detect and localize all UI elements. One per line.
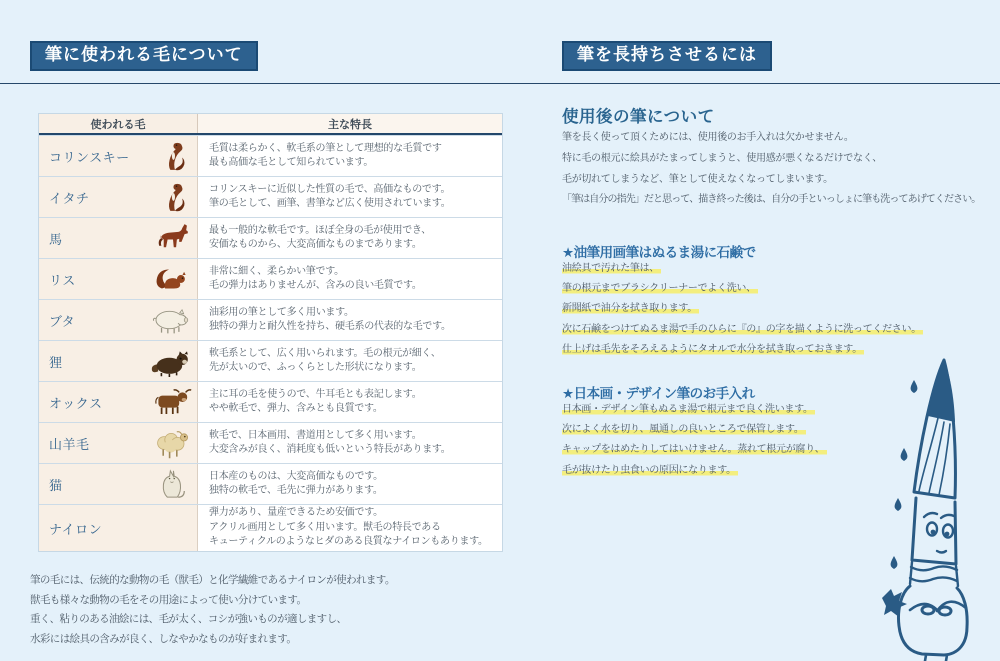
nihonga-brush-heading: ★日本画・デザイン筆のお手入れ (562, 382, 755, 402)
feature-line: 毛質は柔らかく、軟毛系の筆として理想的な毛質です (209, 142, 498, 157)
feature-line: 日本産のものは、大変高価なものです。 (209, 470, 498, 485)
cat-icon (158, 467, 192, 501)
hair-name: 山羊毛 (49, 434, 90, 453)
brush-care-leaflet: 筆に使われる毛について 筆を長持ちさせるには 使われる毛 主な特長 コリンスキー… (0, 0, 1000, 661)
left-page-title: 筆に使われる毛について (30, 41, 258, 71)
highlighted-step: 日本画・デザイン筆もぬるま湯で根元まで良く洗います。 (562, 404, 815, 415)
table-row: イタチ コリンスキーに近似した性質の毛で、高価なものです。 筆の毛として、画筆、… (39, 176, 502, 217)
highlighted-step: 次によく水を切り、風通しの良いところで保管します。 (562, 424, 806, 435)
hair-types-table: 使われる毛 主な特長 コリンスキー 毛質は柔らかく、軟毛系の筆として理想的な毛質… (38, 113, 503, 552)
feature-line: アクリル画用として多く用います。獣毛の特長である (209, 521, 498, 536)
feature-line: 最も一般的な軟毛です。ほぼ全身の毛が使用でき、 (209, 224, 498, 239)
nihonga-brush-steps: 日本画・デザイン筆もぬるま湯で根元まで良く洗います。 次によく水を切り、風通しの… (562, 400, 827, 481)
horse-icon (154, 221, 192, 255)
feature-line: やや軟毛で、弾力、含みとも良質です。 (209, 402, 498, 417)
feature-line: 油彩用の筆として多く用います。 (209, 306, 498, 321)
squirrel-icon (154, 263, 192, 295)
hair-name: コリンスキー (49, 147, 130, 166)
table-row: リス 非常に細く、柔らかい筆です。 毛の弾力はありませんが、含みの良い毛質です。 (39, 258, 502, 299)
highlighted-step: 仕上げは毛先をそろえるようにタオルで水分を拭き取っておきます。 (562, 344, 864, 355)
table-row: コリンスキー 毛質は柔らかく、軟毛系の筆として理想的な毛質です 最も高価な毛とし… (39, 135, 502, 176)
table-row: 山羊毛 軟毛で、日本画用、書道用として多く用います。 大変含みが良く、消耗度も低… (39, 422, 502, 463)
feature-line: 軟毛系として、広く用いられます。毛の根元が細く、 (209, 347, 498, 362)
feature-line: 最も高価な毛として知られています。 (209, 156, 498, 171)
table-row: オックス 主に耳の毛を使うので、牛耳毛とも表記します。 やや軟毛で、弾力、含みと… (39, 381, 502, 422)
oil-brush-heading: ★油筆用画筆はぬるま湯に石鹸で (562, 241, 756, 261)
after-use-paragraph: 筆を長く使って頂くためには、使用後のお手入れは欠かせません。 特に毛の根元に絵具… (562, 128, 980, 211)
weasel-icon (158, 180, 192, 214)
highlighted-step: 筆の根元までブラシクリーナーでよく洗い、 (562, 283, 758, 294)
hair-name: 猫 (49, 475, 63, 494)
table-row: 馬 最も一般的な軟毛です。ほぼ全身の毛が使用でき、 安価なものから、大変高価なも… (39, 217, 502, 258)
feature-line: キューティクルのようなヒダのある良質なナイロンもあります。 (209, 535, 498, 550)
hair-name: 馬 (49, 229, 63, 248)
after-use-heading: 使用後の筆について (562, 103, 715, 127)
left-footnote: 筆の毛には、伝統的な動物の毛（獣毛）と化学繊維であるナイロンが使われます。 獣毛… (30, 571, 395, 649)
feature-line: 毛の弾力はありませんが、含みの良い毛質です。 (209, 279, 498, 294)
hair-name: リス (49, 270, 76, 289)
tanuki-icon (150, 345, 192, 377)
feature-line: 非常に細く、柔らかい筆です。 (209, 265, 498, 280)
feature-line: 大変含みが良く、消耗度も低いという特長があります。 (209, 443, 498, 458)
oil-brush-steps: 油絵具で汚れた筆は、 筆の根元までブラシクリーナーでよく洗い、 新聞紙で油分を拭… (562, 259, 923, 360)
column-header-features: 主な特長 (198, 114, 502, 133)
hair-name: ブタ (49, 311, 75, 330)
horizontal-divider (0, 83, 1000, 84)
feature-line: コリンスキーに近似した性質の毛で、高価なものです。 (209, 183, 498, 198)
feature-line: 先が太いので、ふっくらとした形状になります。 (209, 361, 498, 376)
feature-line: 筆の毛として、画筆、書筆など広く使用されています。 (209, 197, 498, 212)
table-row: 猫 日本産のものは、大変高価なものです。 独特の軟毛で、毛先に弾力があります。 (39, 463, 502, 504)
table-row: 狸 軟毛系として、広く用いられます。毛の根元が細く、 先が太いので、ふっくらとし… (39, 340, 502, 381)
pig-icon (150, 305, 192, 335)
feature-line: 独特の弾力と耐久性を持ち、硬毛系の代表的な毛です。 (209, 320, 498, 335)
ox-icon (152, 386, 192, 418)
hair-name: イタチ (49, 188, 90, 207)
goat-icon (152, 427, 192, 459)
right-page-title: 筆を長持ちさせるには (562, 41, 772, 71)
hair-name: オックス (49, 393, 102, 412)
highlighted-step: 油絵具で汚れた筆は、 (562, 263, 661, 274)
feature-line: 独特の軟毛で、毛先に弾力があります。 (209, 484, 498, 499)
hair-name: ナイロン (49, 519, 102, 538)
column-header-hair: 使われる毛 (39, 114, 198, 133)
table-header: 使われる毛 主な特長 (39, 114, 502, 135)
highlighted-step: 新聞紙で油分を拭き取ります。 (562, 303, 699, 314)
brush-character-illustration (852, 352, 1000, 661)
highlighted-step: 毛が抜けたり虫食いの原因になります。 (562, 465, 738, 476)
table-row: ナイロン 弾力があり、量産できるため安価です。 アクリル画用として多く用います。… (39, 504, 502, 551)
feature-line: 弾力があり、量産できるため安価です。 (209, 506, 498, 521)
hair-name: 狸 (49, 352, 63, 371)
highlighted-step: キャップをはめたりしてはいけません。蒸れて根元が腐り、 (562, 444, 827, 455)
feature-line: 安価なものから、大変高価なものまであります。 (209, 238, 498, 253)
kolinsky-icon (158, 139, 192, 173)
highlighted-step: 次に石鹸をつけてぬるま湯で手のひらに『の』の字を描くように洗ってください。 (562, 324, 923, 335)
feature-line: 軟毛で、日本画用、書道用として多く用います。 (209, 429, 498, 444)
table-row: ブタ 油彩用の筆として多く用います。 独特の弾力と耐久性を持ち、硬毛系の代表的な… (39, 299, 502, 340)
feature-line: 主に耳の毛を使うので、牛耳毛とも表記します。 (209, 388, 498, 403)
